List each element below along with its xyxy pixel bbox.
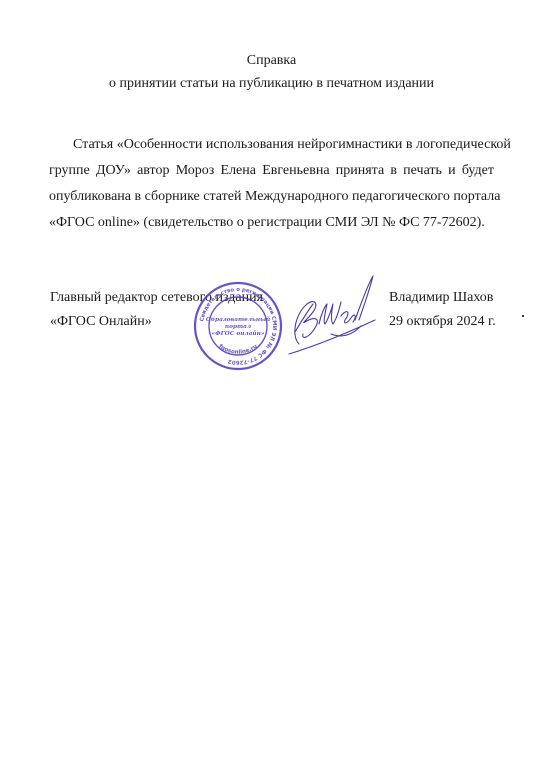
stamp-center-line-2: портал (225, 324, 251, 330)
document-title: Справка (0, 52, 543, 70)
body-line: Статья «Особенности использования нейрог… (49, 132, 494, 158)
document-subtitle: о принятии статьи на публикацию в печатн… (0, 75, 543, 93)
document-page: Справка о принятии статьи на публикацию … (0, 0, 543, 768)
signer-name: Владимир Шахов (389, 286, 496, 310)
stamp-icon: Свидетельство о регистрации СМИ ЭЛ № ФС … (193, 281, 283, 371)
stamp-bottom-text: fgosonline.ru (217, 344, 258, 356)
document-body: Статья «Особенности использования нейрог… (49, 132, 494, 236)
body-line: группе ДОУ» автор Мороз Елена Евгеньевна… (49, 158, 494, 184)
body-line: опубликована в сборнике статей Междунаро… (49, 184, 494, 210)
signature-date: 29 октября 2024 г. (389, 310, 496, 334)
handwritten-signature-icon (285, 274, 380, 356)
signer-details: Владимир Шахов 29 октября 2024 г. (389, 286, 496, 334)
body-line: «ФГОС online» (свидетельство о регистрац… (49, 210, 494, 236)
stray-dot (522, 315, 524, 317)
stamp-center-line-3: «ФГОС онлайн» (212, 330, 265, 337)
svg-text:fgosonline.ru: fgosonline.ru (217, 344, 258, 356)
stamp-center-line-1: Образовательный (206, 316, 270, 323)
